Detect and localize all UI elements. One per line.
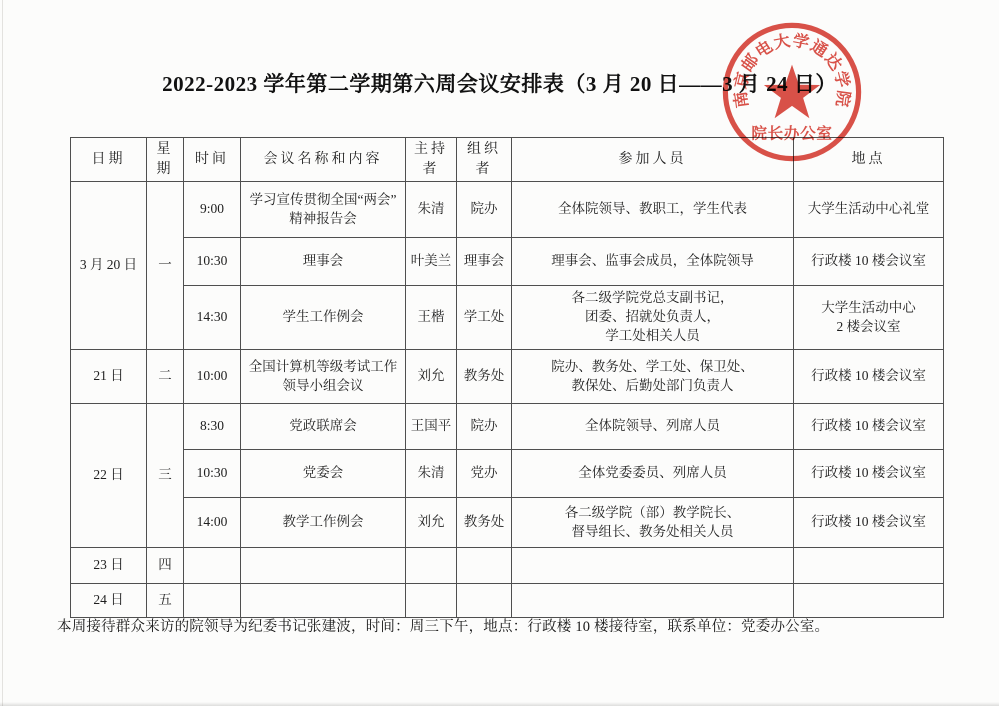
column-header-host: 主持者	[406, 138, 457, 182]
cell-organizer	[457, 584, 512, 618]
cell-date: 23 日	[71, 548, 147, 584]
cell-weekday: 二	[147, 350, 184, 404]
cell-host: 王楷	[406, 286, 457, 350]
table-row: 24 日 五	[71, 584, 944, 618]
cell-host: 王国平	[406, 404, 457, 450]
table-row: 23 日 四	[71, 548, 944, 584]
cell-organizer: 院办	[457, 182, 512, 238]
cell-time	[184, 584, 241, 618]
table-row: 22 日 三 8:30 党政联席会 王国平 院办 全体院领导、列席人员 行政楼 …	[71, 404, 944, 450]
cell-participants: 全体院领导、教职工，学生代表	[512, 182, 794, 238]
scan-edge-bottom	[0, 702, 999, 706]
cell-host: 朱清	[406, 182, 457, 238]
page-title: 2022-2023 学年第二学期第六周会议安排表（3 月 20 日——3 月 2…	[0, 68, 999, 98]
cell-weekday: 五	[147, 584, 184, 618]
cell-date: 22 日	[71, 404, 147, 548]
table-header-row: 日期 星期 时间 会议名称和内容 主持者 组织者 参加人员 地点	[71, 138, 944, 182]
cell-location: 行政楼 10 楼会议室	[794, 350, 944, 404]
cell-time: 8:30	[184, 404, 241, 450]
cell-date: 21 日	[71, 350, 147, 404]
cell-meeting-name: 全国计算机等级考试工作 领导小组会议	[241, 350, 406, 404]
cell-organizer: 党办	[457, 450, 512, 498]
cell-location	[794, 584, 944, 618]
cell-organizer: 院办	[457, 404, 512, 450]
cell-location	[794, 548, 944, 584]
table-row: 14:30 学生工作例会 王楷 学工处 各二级学院党总支副书记， 团委、招就处负…	[71, 286, 944, 350]
cell-organizer	[457, 548, 512, 584]
cell-meeting-name: 学习宣传贯彻全国“两会” 精神报告会	[241, 182, 406, 238]
column-header-weekday: 星期	[147, 138, 184, 182]
column-header-participants: 参加人员	[512, 138, 794, 182]
table-row: 21 日 二 10:00 全国计算机等级考试工作 领导小组会议 刘允 教务处 院…	[71, 350, 944, 404]
cell-time: 9:00	[184, 182, 241, 238]
cell-meeting-name: 学生工作例会	[241, 286, 406, 350]
column-header-time: 时间	[184, 138, 241, 182]
column-header-date: 日期	[71, 138, 147, 182]
cell-meeting-name: 教学工作例会	[241, 498, 406, 548]
cell-meeting-name	[241, 584, 406, 618]
cell-participants	[512, 548, 794, 584]
cell-organizer: 学工处	[457, 286, 512, 350]
column-header-organizer: 组织者	[457, 138, 512, 182]
cell-host	[406, 584, 457, 618]
cell-organizer: 教务处	[457, 498, 512, 548]
cell-time: 10:00	[184, 350, 241, 404]
cell-location: 行政楼 10 楼会议室	[794, 404, 944, 450]
cell-location: 大学生活动中心礼堂	[794, 182, 944, 238]
cell-weekday: 一	[147, 182, 184, 350]
cell-time: 14:00	[184, 498, 241, 548]
column-header-meeting: 会议名称和内容	[241, 138, 406, 182]
cell-participants: 理事会、监事会成员，全体院领导	[512, 238, 794, 286]
table-row: 14:00 教学工作例会 刘允 教务处 各二级学院（部）教学院长、 督导组长、教…	[71, 498, 944, 548]
cell-host: 刘允	[406, 498, 457, 548]
cell-meeting-name: 理事会	[241, 238, 406, 286]
cell-participants: 全体院领导、列席人员	[512, 404, 794, 450]
cell-location: 大学生活动中心 2 楼会议室	[794, 286, 944, 350]
cell-participants: 全体党委委员、列席人员	[512, 450, 794, 498]
cell-location: 行政楼 10 楼会议室	[794, 238, 944, 286]
cell-date: 24 日	[71, 584, 147, 618]
cell-participants: 各二级学院（部）教学院长、 督导组长、教务处相关人员	[512, 498, 794, 548]
cell-meeting-name: 党委会	[241, 450, 406, 498]
table-row: 3 月 20 日 一 9:00 学习宣传贯彻全国“两会” 精神报告会 朱清 院办…	[71, 182, 944, 238]
cell-time	[184, 548, 241, 584]
cell-location: 行政楼 10 楼会议室	[794, 450, 944, 498]
cell-weekday: 四	[147, 548, 184, 584]
cell-time: 10:30	[184, 450, 241, 498]
cell-organizer: 教务处	[457, 350, 512, 404]
cell-location: 行政楼 10 楼会议室	[794, 498, 944, 548]
footer-note: 本周接待群众来访的院领导为纪委书记张建波，时间：周三下午，地点：行政楼 10 楼…	[57, 615, 957, 636]
cell-organizer: 理事会	[457, 238, 512, 286]
cell-host: 朱清	[406, 450, 457, 498]
cell-host: 叶美兰	[406, 238, 457, 286]
meeting-schedule-table: 日期 星期 时间 会议名称和内容 主持者 组织者 参加人员 地点 3 月 20 …	[70, 137, 944, 618]
cell-host	[406, 548, 457, 584]
cell-participants: 各二级学院党总支副书记， 团委、招就处负责人， 学工处相关人员	[512, 286, 794, 350]
cell-time: 10:30	[184, 238, 241, 286]
column-header-location: 地点	[794, 138, 944, 182]
table-row: 10:30 党委会 朱清 党办 全体党委委员、列席人员 行政楼 10 楼会议室	[71, 450, 944, 498]
table-row: 10:30 理事会 叶美兰 理事会 理事会、监事会成员，全体院领导 行政楼 10…	[71, 238, 944, 286]
scan-edge-left	[2, 0, 3, 706]
cell-date: 3 月 20 日	[71, 182, 147, 350]
cell-meeting-name	[241, 548, 406, 584]
cell-participants: 院办、教务处、学工处、保卫处、 教保处、后勤处部门负责人	[512, 350, 794, 404]
cell-weekday: 三	[147, 404, 184, 548]
cell-meeting-name: 党政联席会	[241, 404, 406, 450]
cell-participants	[512, 584, 794, 618]
cell-time: 14:30	[184, 286, 241, 350]
cell-host: 刘允	[406, 350, 457, 404]
